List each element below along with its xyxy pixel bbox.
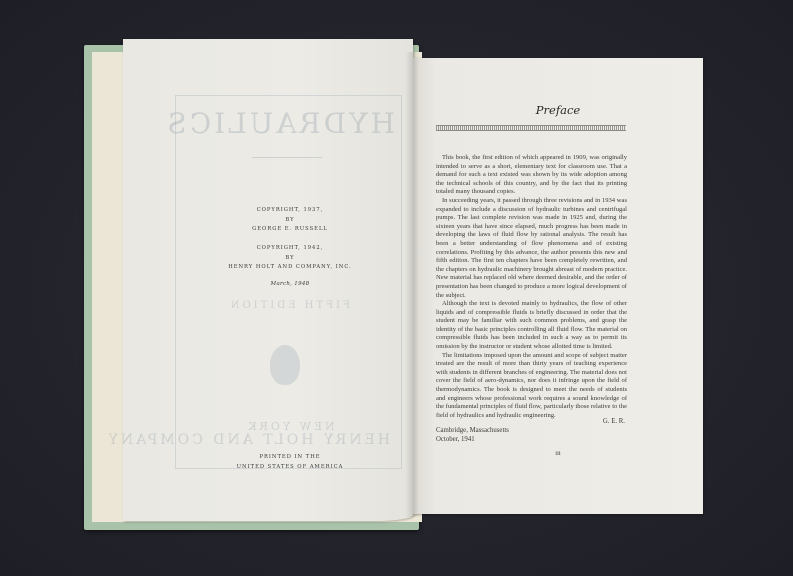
preface-place: Cambridge, Massachusetts [436,426,509,435]
preface-place-date: Cambridge, Massachusetts October, 1941 [436,426,509,444]
copyright-line-5: BY [170,256,410,261]
page-number: iii [413,450,703,457]
show-through-publisher: HENRY HOLT AND COMPANY [190,432,390,448]
preface-heading: Preface [413,103,703,117]
show-through-rule [252,157,322,158]
decorative-rule [436,125,626,131]
show-through-edition: FIFTH EDITION [230,300,350,311]
printed-in-line-1: PRINTED IN THE [170,455,410,460]
preface-paragraph-3: Although the text is devoted mainly to h… [436,300,627,352]
copyright-author: GEORGE E. RUSSELL [170,227,410,232]
preface-paragraph-4: The limitations imposed upon the amount … [436,352,627,421]
publisher-emblem-icon [270,345,300,385]
preface-date: October, 1941 [436,435,509,444]
preface-body: This book, the first edition of which ap… [436,154,627,420]
show-through-title: HYDRAULICS [185,107,395,140]
author-initials: G. E. R. [603,418,625,425]
copyright-line-2: BY [170,218,410,223]
preface-paragraph-1: This book, the first edition of which ap… [436,154,627,197]
gutter-shadow [405,52,419,517]
copyright-line-4: COPYRIGHT, 1942, [170,246,410,251]
printed-in-line-2: UNITED STATES OF AMERICA [170,465,410,470]
preface-paragraph-2: In succeeding years, it passed through t… [436,197,627,300]
copyright-line-1: COPYRIGHT, 1937, [170,208,410,213]
copyright-publisher: HENRY HOLT AND COMPANY, INC. [170,265,410,270]
print-date: March, 1948 [170,282,410,288]
